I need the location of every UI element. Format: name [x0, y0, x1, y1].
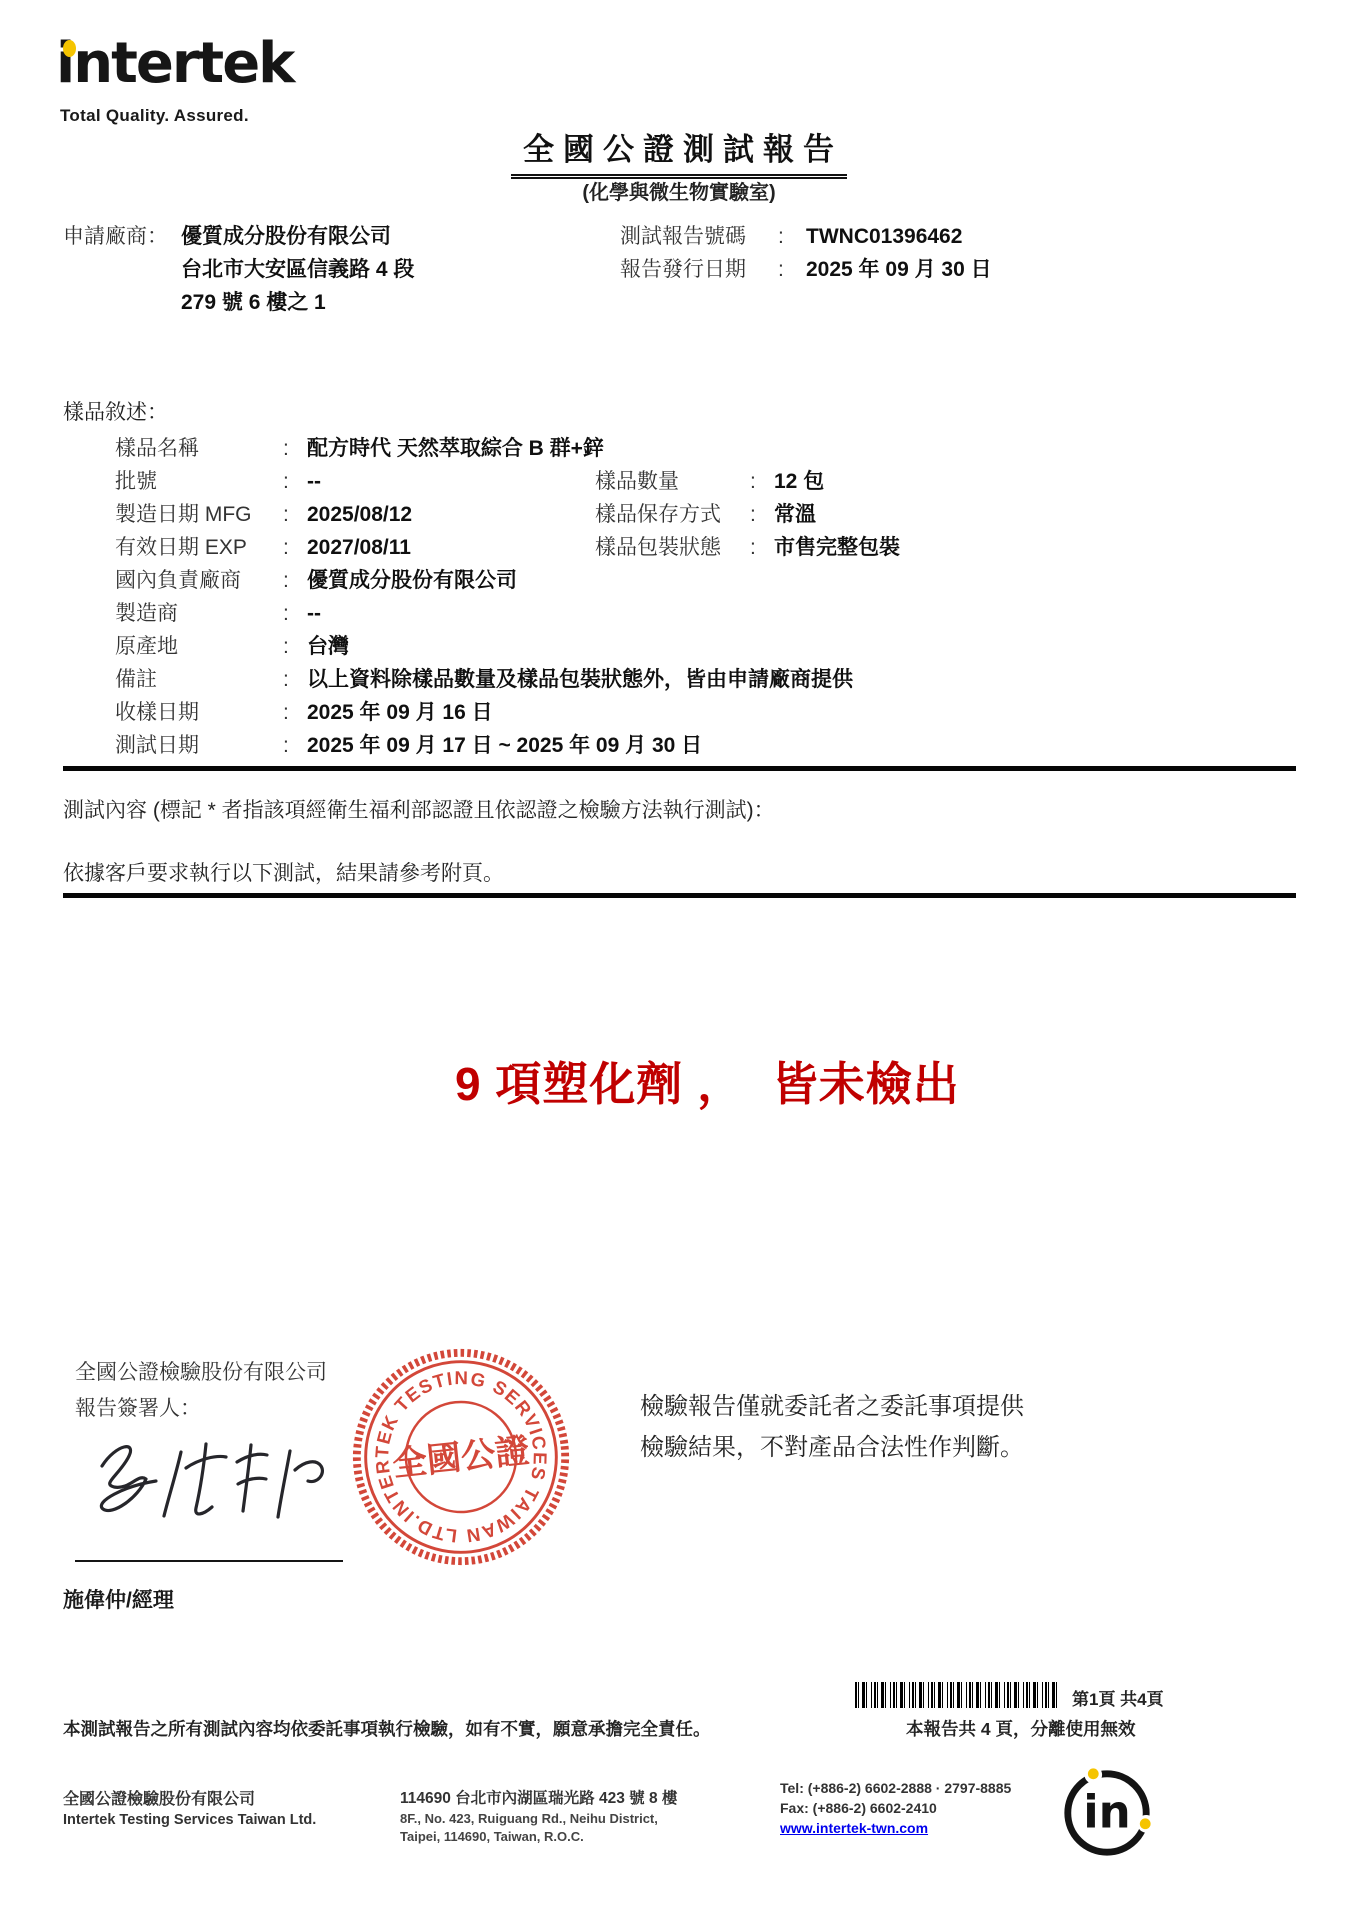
footer-company-zh: 全國公證檢驗股份有限公司: [63, 1786, 255, 1809]
signature-underline: [75, 1560, 343, 1562]
handwritten-signature: [82, 1418, 344, 1546]
field-label: 有效日期 EXP: [115, 531, 283, 564]
field-value: 2025 年 09 月 16 日: [307, 701, 493, 724]
sample-row-origin: 原產地:台灣: [115, 630, 1305, 663]
colon: :: [283, 531, 307, 564]
field-label: 樣品保存方式: [595, 498, 750, 531]
section-divider: [63, 893, 1296, 898]
field-value: 12 包: [774, 470, 824, 493]
colon: :: [283, 729, 307, 762]
field-value: --: [307, 470, 321, 493]
colon: :: [283, 465, 307, 498]
field-label: 樣品數量: [595, 465, 750, 498]
footer-address-en-line1: 8F., No. 423, Ruiguang Rd., Neihu Distri…: [400, 1810, 658, 1828]
colon: :: [283, 432, 307, 465]
integrity-note: 本測試報告之所有測試內容均依委託事項執行檢驗，如有不實，願意承擔完全責任。: [63, 1716, 711, 1741]
footer-fax: Fax: (+886-2) 6602-2410: [780, 1798, 1011, 1818]
field-value: --: [307, 602, 321, 625]
field-value: 台灣: [307, 635, 349, 658]
intertek-roundel-logo: in: [1058, 1764, 1156, 1862]
colon: :: [778, 253, 806, 286]
sample-row-name: 樣品名稱:配方時代 天然萃取綜合 B 群+鋅: [115, 432, 1305, 465]
stamp-center-text: 全國公證: [391, 1432, 532, 1484]
issue-date-value: 2025 年 09 月 30 日: [806, 253, 992, 286]
report-subtitle: (化學與微生物實驗室): [0, 176, 1358, 205]
sample-row-batch: 批號:-- 樣品數量:12 包: [115, 465, 1305, 498]
colon: :: [778, 220, 806, 253]
sample-row-mfg-date: 製造日期 MFG:2025/08/12 樣品保存方式:常溫: [115, 498, 1305, 531]
colon: :: [750, 465, 774, 498]
applicant-name: 優質成分股份有限公司: [181, 220, 414, 253]
roundel-yellow-dot-top: [1088, 1768, 1099, 1779]
field-label: 批號: [115, 465, 283, 498]
sample-row-remark: 備註:以上資料除樣品數量及樣品包裝狀態外，皆由申請廠商提供: [115, 663, 1305, 696]
field-value: 市售完整包裝: [774, 536, 900, 559]
field-label: 國內負責廠商: [115, 564, 283, 597]
disclaimer-line2: 檢驗結果，不對產品合法性作判斷。: [640, 1427, 1024, 1468]
roundel-yellow-dot-right: [1140, 1818, 1151, 1829]
roundel-text: in: [1083, 1786, 1131, 1839]
footer-tel: Tel: (+886-2) 6602-2888 · 2797-8885: [780, 1778, 1011, 1798]
sample-fields: 樣品名稱:配方時代 天然萃取綜合 B 群+鋅 批號:-- 樣品數量:12 包 製…: [115, 432, 1305, 762]
footer-address-en: 8F., No. 423, Ruiguang Rd., Neihu Distri…: [400, 1810, 658, 1846]
field-value: 2027/08/11: [307, 536, 411, 559]
colon: :: [283, 564, 307, 597]
applicant-label: 申請廠商：: [63, 220, 181, 319]
footer-website-link[interactable]: www.intertek-twn.com: [780, 1818, 1011, 1838]
result-highlight: 9 項塑化劑 ， 皆未檢出: [455, 1048, 960, 1114]
pages-note: 本報告共 4 頁，分離使用無效: [906, 1716, 1135, 1741]
field-label: 測試日期: [115, 729, 283, 762]
footer-company-en: Intertek Testing Services Taiwan Ltd.: [63, 1812, 316, 1828]
issue-date-row: 報告發行日期 : 2025 年 09 月 30 日: [620, 253, 992, 286]
report-number-row: 測試報告號碼 : TWNC01396462: [620, 220, 992, 253]
sample-row-exp-date: 有效日期 EXP:2027/08/11 樣品包裝狀態:市售完整包裝: [115, 531, 1305, 564]
field-label: 樣品包裝狀態: [595, 531, 750, 564]
sample-section-title: 樣品敘述：: [63, 396, 168, 426]
field-value: 配方時代 天然萃取綜合 B 群+鋅: [307, 437, 604, 460]
colon: :: [750, 498, 774, 531]
field-label: 備註: [115, 663, 283, 696]
test-report-page: intertek Total Quality. Assured. 全國公證測試報…: [0, 0, 1358, 1920]
test-content-note: 測試內容 (標記 * 者指該項經衛生福利部認證且依認證之檢驗方法執行測試)：: [63, 794, 775, 824]
intertek-logo: intertek: [56, 36, 293, 92]
colon: :: [750, 531, 774, 564]
barcode: [855, 1682, 1057, 1708]
applicant-address-line1: 台北市大安區信義路 4 段: [181, 253, 414, 286]
report-title: 全國公證測試報告: [511, 124, 847, 179]
intertek-logo-text: intertek: [56, 36, 293, 92]
field-label: 製造日期 MFG: [115, 498, 283, 531]
page-info: 第1頁 共4頁: [1072, 1685, 1164, 1710]
sample-row-received-date: 收樣日期:2025 年 09 月 16 日: [115, 696, 1305, 729]
footer-contact: Tel: (+886-2) 6602-2888 · 2797-8885 Fax:…: [780, 1778, 1011, 1838]
footer-address-en-line2: Taipei, 114690, Taiwan, R.O.C.: [400, 1828, 658, 1846]
field-label: 原產地: [115, 630, 283, 663]
sample-row-test-date: 測試日期:2025 年 09 月 17 日 ~ 2025 年 09 月 30 日: [115, 729, 1305, 762]
colon: :: [283, 696, 307, 729]
field-value: 以上資料除樣品數量及樣品包裝狀態外，皆由申請廠商提供: [307, 668, 853, 691]
report-meta-block: 測試報告號碼 : TWNC01396462 報告發行日期 : 2025 年 09…: [620, 220, 992, 286]
colon: :: [283, 498, 307, 531]
disclaimer-line1: 檢驗報告僅就委託者之委託事項提供: [640, 1386, 1024, 1427]
field-label: 製造商: [115, 597, 283, 630]
signer-name-title: 施偉仲/經理: [63, 1584, 174, 1614]
report-number-label: 測試報告號碼: [620, 220, 778, 253]
colon: :: [283, 663, 307, 696]
footer-address-zh: 114690 台北市內湖區瑞光路 423 號 8 樓: [400, 1786, 677, 1808]
client-request-note: 依據客戶要求執行以下測試，結果請參考附頁。: [63, 857, 504, 887]
field-value: 2025 年 09 月 17 日 ~ 2025 年 09 月 30 日: [307, 734, 702, 757]
field-value: 優質成分股份有限公司: [307, 569, 517, 592]
issue-date-label: 報告發行日期: [620, 253, 778, 286]
applicant-block: 申請廠商： 優質成分股份有限公司 台北市大安區信義路 4 段 279 號 6 樓…: [63, 220, 414, 319]
applicant-address-line2: 279 號 6 樓之 1: [181, 286, 414, 319]
sample-row-domestic-vendor: 國內負責廠商:優質成分股份有限公司: [115, 564, 1305, 597]
signing-company: 全國公證檢驗股份有限公司: [75, 1356, 327, 1386]
colon: :: [283, 597, 307, 630]
section-divider: [63, 766, 1296, 771]
disclaimer-text: 檢驗報告僅就委託者之委託事項提供 檢驗結果，不對產品合法性作判斷。: [640, 1386, 1024, 1468]
field-label: 收樣日期: [115, 696, 283, 729]
logo-tagline: Total Quality. Assured.: [60, 106, 249, 126]
logo-yellow-dot-icon: [63, 40, 76, 57]
colon: :: [283, 630, 307, 663]
field-label: 樣品名稱: [115, 432, 283, 465]
field-value: 2025/08/12: [307, 503, 412, 526]
report-number-value: TWNC01396462: [806, 220, 962, 253]
field-value: 常溫: [774, 503, 816, 526]
sample-row-manufacturer: 製造商:--: [115, 597, 1305, 630]
company-stamp: INTERTEK TESTING SERVICES TAIWAN LTD. 全國…: [348, 1344, 574, 1570]
